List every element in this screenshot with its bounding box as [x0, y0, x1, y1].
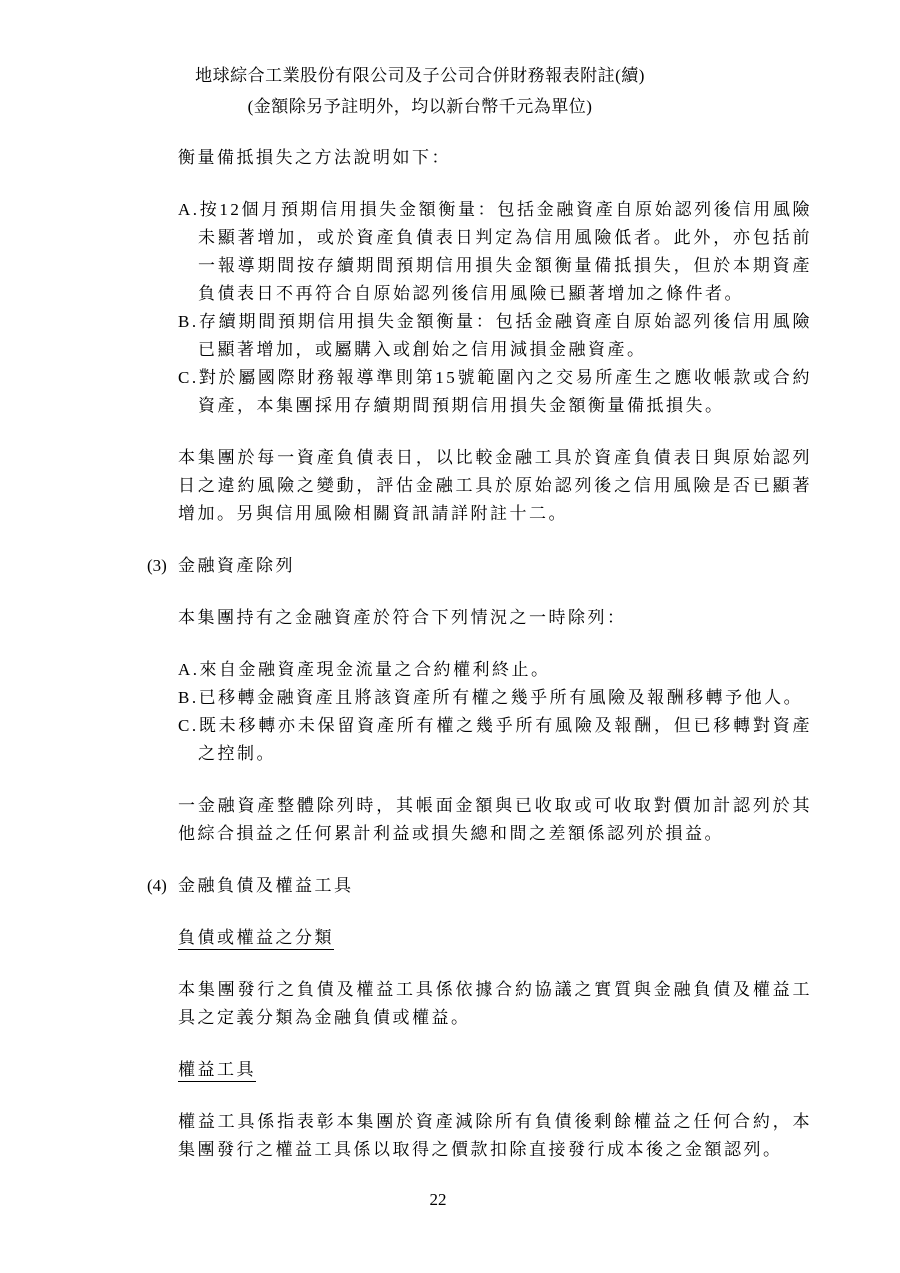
item-text: 已移轉金融資產且將該資產所有權之幾乎所有風險及報酬移轉予他人。 — [199, 688, 804, 707]
section-3-intro: 本集團持有之金融資產於符合下列情況之一時除列： — [178, 604, 812, 632]
list-item: A.按12個月預期信用損失金額衡量：包括金融資產自原始認列後信用風險未顯著增加，… — [178, 196, 812, 308]
item-text: 存續期間預期信用損失金額衡量：包括金融資產自原始認列後信用風險已顯著增加，或屬購… — [198, 312, 812, 359]
section-4-heading: (4)金融負債及權益工具 — [178, 872, 812, 900]
classification-paragraph: 本集團發行之負債及權益工具係依據合約協議之實質與金融負債及權益工具之定義分類為金… — [178, 976, 812, 1032]
equity-instruments-paragraph: 權益工具係指表彰本集團於資產減除所有負債後剩餘權益之任何合約，本集團發行之權益工… — [178, 1108, 812, 1164]
list-item: B.存續期間預期信用損失金額衡量：包括金融資產自原始認列後信用風險已顯著增加，或… — [178, 308, 812, 364]
item-marker: C. — [178, 368, 199, 387]
page-number: 22 — [0, 1190, 876, 1210]
credit-risk-paragraph: 本集團於每一資產負債表日，以比較金融工具於資產負債表日與原始認列日之違約風險之變… — [178, 444, 812, 528]
item-text: 按12個月預期信用損失金額衡量：包括金融資產自原始認列後信用風險未顯著增加，或於… — [198, 200, 812, 303]
item-text: 既未移轉亦未保留資產所有權之幾乎所有風險及報酬，但已移轉對資產之控制。 — [198, 716, 812, 763]
list-item: C.既未移轉亦未保留資產所有權之幾乎所有風險及報酬，但已移轉對資產之控制。 — [178, 712, 812, 768]
list-item: B.已移轉金融資產且將該資產所有權之幾乎所有風險及報酬移轉予他人。 — [178, 684, 812, 712]
section-3-heading: (3)金融資產除列 — [178, 552, 812, 580]
item-marker: A. — [178, 660, 200, 679]
section-3-title: 金融資產除列 — [178, 556, 295, 575]
section-3-closing-paragraph: 一金融資產整體除列時，其帳面金額與已收取或可收取對價加計認列於其他綜合損益之任何… — [178, 792, 812, 848]
document-body: 衡量備抵損失之方法說明如下： A.按12個月預期信用損失金額衡量：包括金融資產自… — [178, 144, 812, 1188]
item-text: 對於屬國際財務報導準則第15號範圍內之交易所產生之應收帳款或合約資產，本集團採用… — [198, 368, 812, 415]
document-page: 地球綜合工業股份有限公司及子公司合併財務報表附註(續) (金額除另予註明外，均以… — [0, 0, 900, 1273]
loss-measurement-list: A.按12個月預期信用損失金額衡量：包括金融資產自原始認列後信用風險未顯著增加，… — [178, 196, 812, 420]
document-header: 地球綜合工業股份有限公司及子公司合併財務報表附註(續) (金額除另予註明外，均以… — [0, 60, 840, 122]
item-text: 來自金融資產現金流量之合約權利終止。 — [200, 660, 551, 679]
list-item: C.對於屬國際財務報導準則第15號範圍內之交易所產生之應收帳款或合約資產，本集團… — [178, 364, 812, 420]
item-marker: B. — [178, 312, 199, 331]
item-marker: C. — [178, 716, 199, 735]
subsection-heading-text: 權益工具 — [178, 1060, 256, 1082]
item-marker: B. — [178, 688, 199, 707]
derecognition-list: A.來自金融資產現金流量之合約權利終止。 B.已移轉金融資產且將該資產所有權之幾… — [178, 656, 812, 768]
document-title-line2: (金額除另予註明外，均以新台幣千元為單位) — [0, 91, 840, 122]
section-4-title: 金融負債及權益工具 — [178, 876, 354, 895]
intro-paragraph: 衡量備抵損失之方法說明如下： — [178, 144, 812, 172]
subsection-heading-text: 負債或權益之分類 — [178, 928, 334, 950]
subsection-heading-classification: 負債或權益之分類 — [178, 924, 812, 952]
item-marker: A. — [178, 200, 200, 219]
document-title-line1: 地球綜合工業股份有限公司及子公司合併財務報表附註(續) — [0, 60, 840, 91]
section-4-marker: (4) — [147, 872, 167, 900]
section-3-marker: (3) — [147, 552, 167, 580]
subsection-heading-equity-instruments: 權益工具 — [178, 1056, 812, 1084]
list-item: A.來自金融資產現金流量之合約權利終止。 — [178, 656, 812, 684]
